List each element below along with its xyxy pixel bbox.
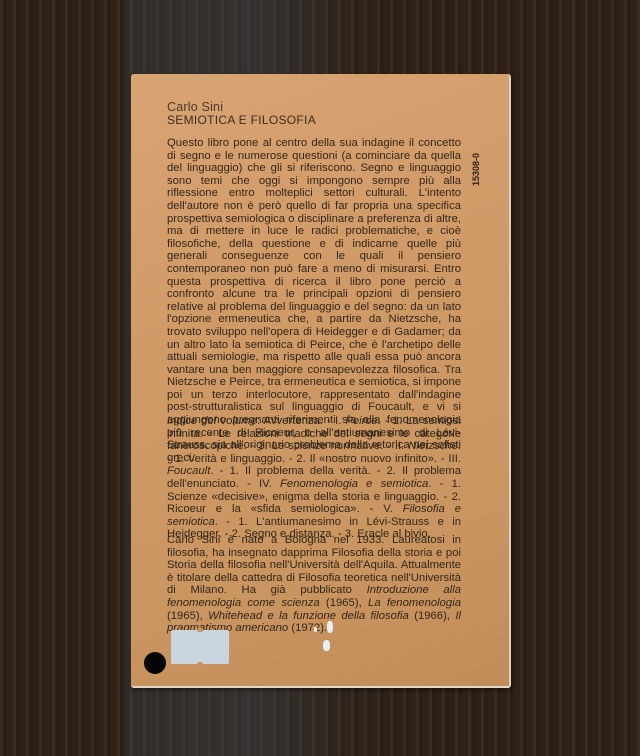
italic-text: Fenomenologia e semiotica <box>280 478 428 490</box>
italic-text: Foucault <box>167 465 210 477</box>
text: Avvertenza. - I. <box>264 415 346 427</box>
cover-scuff <box>327 621 333 633</box>
italic-text: La fenomenologia <box>368 597 461 609</box>
text: (1965), <box>167 610 208 622</box>
cover-scuff <box>314 627 317 632</box>
italic-text: Whitehead e la funzione della filosofia <box>208 610 409 622</box>
book-author: Carlo Sini <box>167 100 223 114</box>
cover-scuff <box>323 640 330 651</box>
index-label: Indice del volume <box>167 415 257 427</box>
punched-hole <box>144 652 166 674</box>
text: (1972). <box>288 622 327 634</box>
price-sticker <box>171 630 229 664</box>
text: (1966), <box>409 610 456 622</box>
text: (1965), <box>320 597 368 609</box>
book-title: SEMIOTICA E FILOSOFIA <box>167 113 316 127</box>
book-back-cover: Carlo Sini SEMIOTICA E FILOSOFIA 15308-0… <box>131 74 511 688</box>
italic-text: Peirce <box>345 415 377 427</box>
table-of-contents: Indice del volume: Avvertenza. - I. Peir… <box>167 415 461 541</box>
catalog-code: 15308-0 <box>471 153 481 186</box>
italic-text: Nietzsche <box>408 440 458 452</box>
catalog-code-container: 15308-0 <box>471 144 483 186</box>
author-bio: Carlo Sini è nato a Bologna nel 1933. La… <box>167 534 461 635</box>
index-entries: Avvertenza. - I. Peirce. - 1. La semiosi… <box>167 415 461 540</box>
